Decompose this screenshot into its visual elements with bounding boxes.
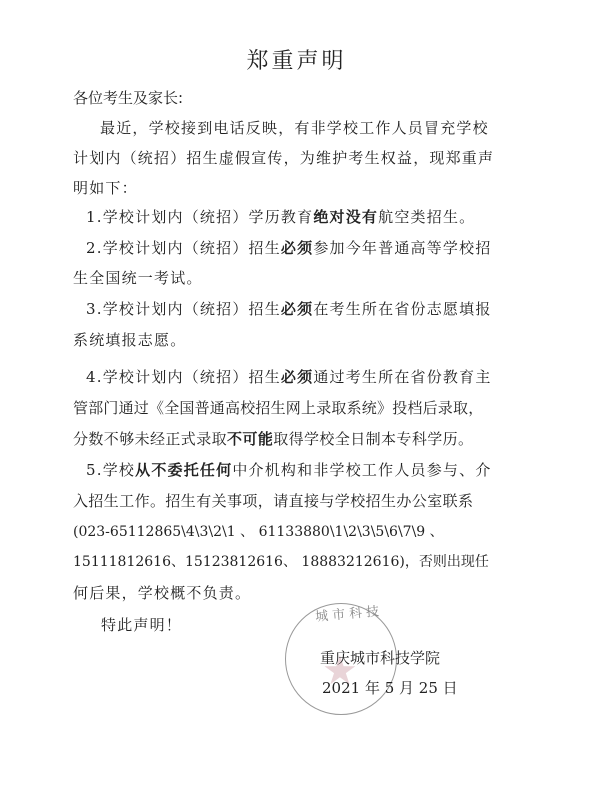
contact-phones: 15111812616、15123812616、 18883212616)，否则… <box>73 551 489 571</box>
emphasis: 不可能 <box>227 430 273 448</box>
emphasis: 必须 <box>281 300 313 318</box>
intro-line: 计划内（统招）招生虚假宣传，为维护考生权益，现郑重声 <box>73 147 494 168</box>
intro-line: 明如下： <box>73 177 138 198</box>
list-item: 2.学校计划内（统招）招生必须参加今年普通高等学校招 <box>86 237 492 258</box>
item-number: 4. <box>86 368 103 386</box>
closing: 特此声明！ <box>101 614 182 635</box>
list-item: 3.学校计划内（统招）招生必须在考生所在省份志愿填报 <box>86 298 492 319</box>
signature-organization: 重庆城市科技学院 <box>320 647 440 668</box>
list-item-continuation: 入招生工作。招生有关事项，请直接与学校招生办公室联系 <box>73 490 473 511</box>
list-item-continuation: 生全国统一考试。 <box>73 267 203 288</box>
contact-phones: (023-65112865\4\3\2\1 、 61133880\1\2\3\5… <box>73 521 444 541</box>
emphasis: 必须 <box>281 368 313 386</box>
item-number: 5. <box>86 461 103 479</box>
item-number: 1. <box>86 208 103 226</box>
emphasis: 绝对没有 <box>313 208 378 226</box>
list-item-continuation: 分数不够未经正式录取不可能取得学校全日制本专科学历。 <box>73 428 473 449</box>
intro-line: 最近，学校接到电话反映，有非学校工作人员冒充学校 <box>100 117 489 138</box>
item-number: 2. <box>86 239 103 257</box>
emphasis: 必须 <box>281 239 313 257</box>
item-number: 3. <box>86 300 103 318</box>
emphasis: 从不委托任何 <box>135 461 232 479</box>
signature-date: 2021 年 5 月 25 日 <box>322 677 458 698</box>
list-item-continuation: 何后果，学校概不负责。 <box>73 582 251 603</box>
list-item: 4.学校计划内（统招）招生必须通过考生所在省份教育主 <box>86 366 492 387</box>
list-item: 1.学校计划内（统招）学历教育绝对没有航空类招生。 <box>86 206 475 227</box>
document-title: 郑重声明 <box>0 44 593 75</box>
list-item-continuation: 系统填报志愿。 <box>73 329 186 350</box>
list-item: 5.学校从不委托任何中介机构和非学校工作人员参与、介 <box>86 459 492 480</box>
greeting: 各位考生及家长: <box>73 87 183 108</box>
list-item-continuation: 管部门通过《全国普通高校招生网上录取系统》投档后录取， <box>73 397 483 418</box>
